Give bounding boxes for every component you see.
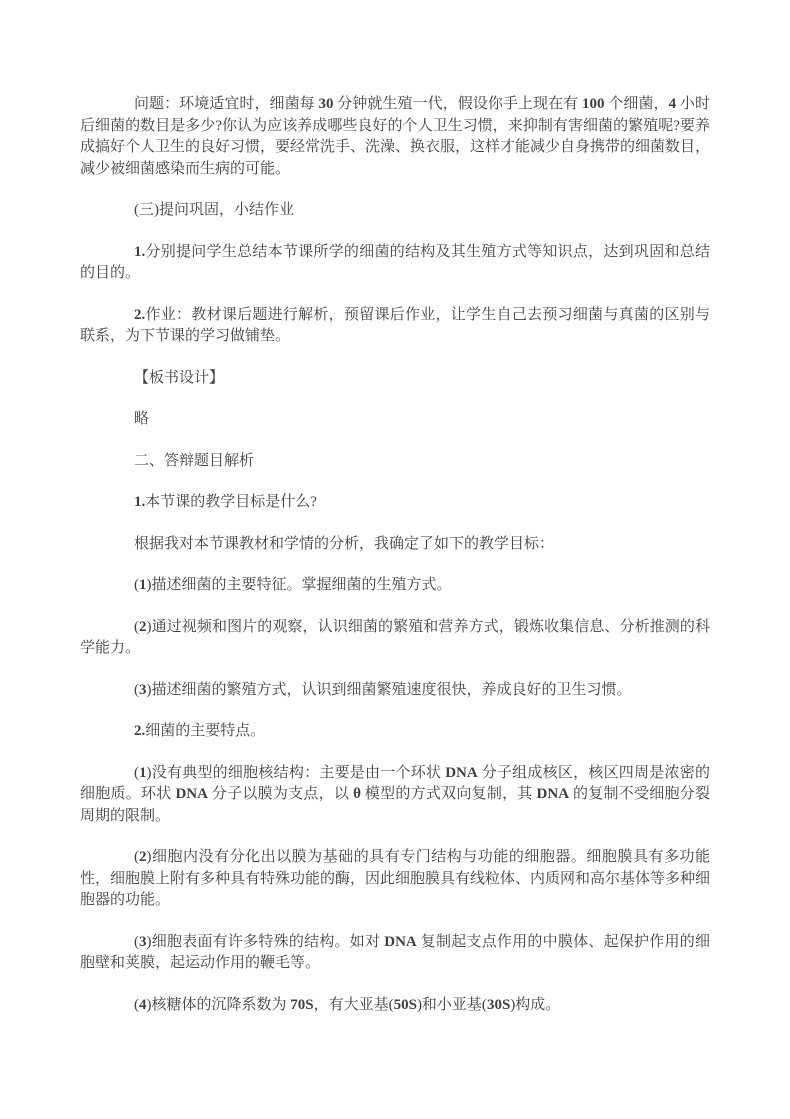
paragraph: 2.作业：教材课后题进行解析，预留课后作业，让学生自己去预习细菌与真菌的区别与联…	[80, 305, 710, 348]
paragraph: (1)没有典型的细胞核结构：主要是由一个环状 DNA 分子组成核区，核区四周是浓…	[80, 763, 710, 828]
paragraph: 2.细菌的主要特点。	[80, 721, 710, 743]
paragraph: (4)核糖体的沉降系数为 70S，有大亚基(50S)和小亚基(30S)构成。	[80, 995, 710, 1017]
paragraph: (三)提问巩固，小结作业	[80, 200, 710, 222]
paragraph: 1.本节课的教学目标是什么?	[80, 492, 710, 514]
paragraph: (2)细胞内没有分化出以膜为基础的具有专门结构与功能的细胞器。细胞膜具有多功能性…	[80, 847, 710, 912]
paragraph: (2)通过视频和图片的观察，认识细菌的繁殖和营养方式，锻炼收集信息、分析推测的科…	[80, 617, 710, 660]
paragraph: 根据我对本节课教材和学情的分析，我确定了如下的教学目标：	[80, 534, 710, 556]
paragraph: 【板书设计】	[80, 368, 710, 390]
paragraph: 1.分别提问学生总结本节课所学的细菌的结构及其生殖方式等知识点，达到巩固和总结的…	[80, 242, 710, 285]
paragraph: 问题：环境适宜时，细菌每 30 分钟就生殖一代，假设你手上现在有 100 个细菌…	[80, 94, 710, 180]
paragraph: 略	[80, 409, 710, 431]
paragraph: (3)细胞表面有许多特殊的结构。如对 DNA 复制起支点作用的中膜体、起保护作用…	[80, 932, 710, 975]
document-page: 问题：环境适宜时，细菌每 30 分钟就生殖一代，假设你手上现在有 100 个细菌…	[0, 0, 790, 1119]
document-body: 问题：环境适宜时，细菌每 30 分钟就生殖一代，假设你手上现在有 100 个细菌…	[80, 94, 710, 1036]
paragraph: (3)描述细菌的繁殖方式，认识到细菌繁殖速度很快，养成良好的卫生习惯。	[80, 680, 710, 702]
paragraph: 二、答辩题目解析	[80, 451, 710, 473]
paragraph: (1)描述细菌的主要特征。掌握细菌的生殖方式。	[80, 575, 710, 597]
